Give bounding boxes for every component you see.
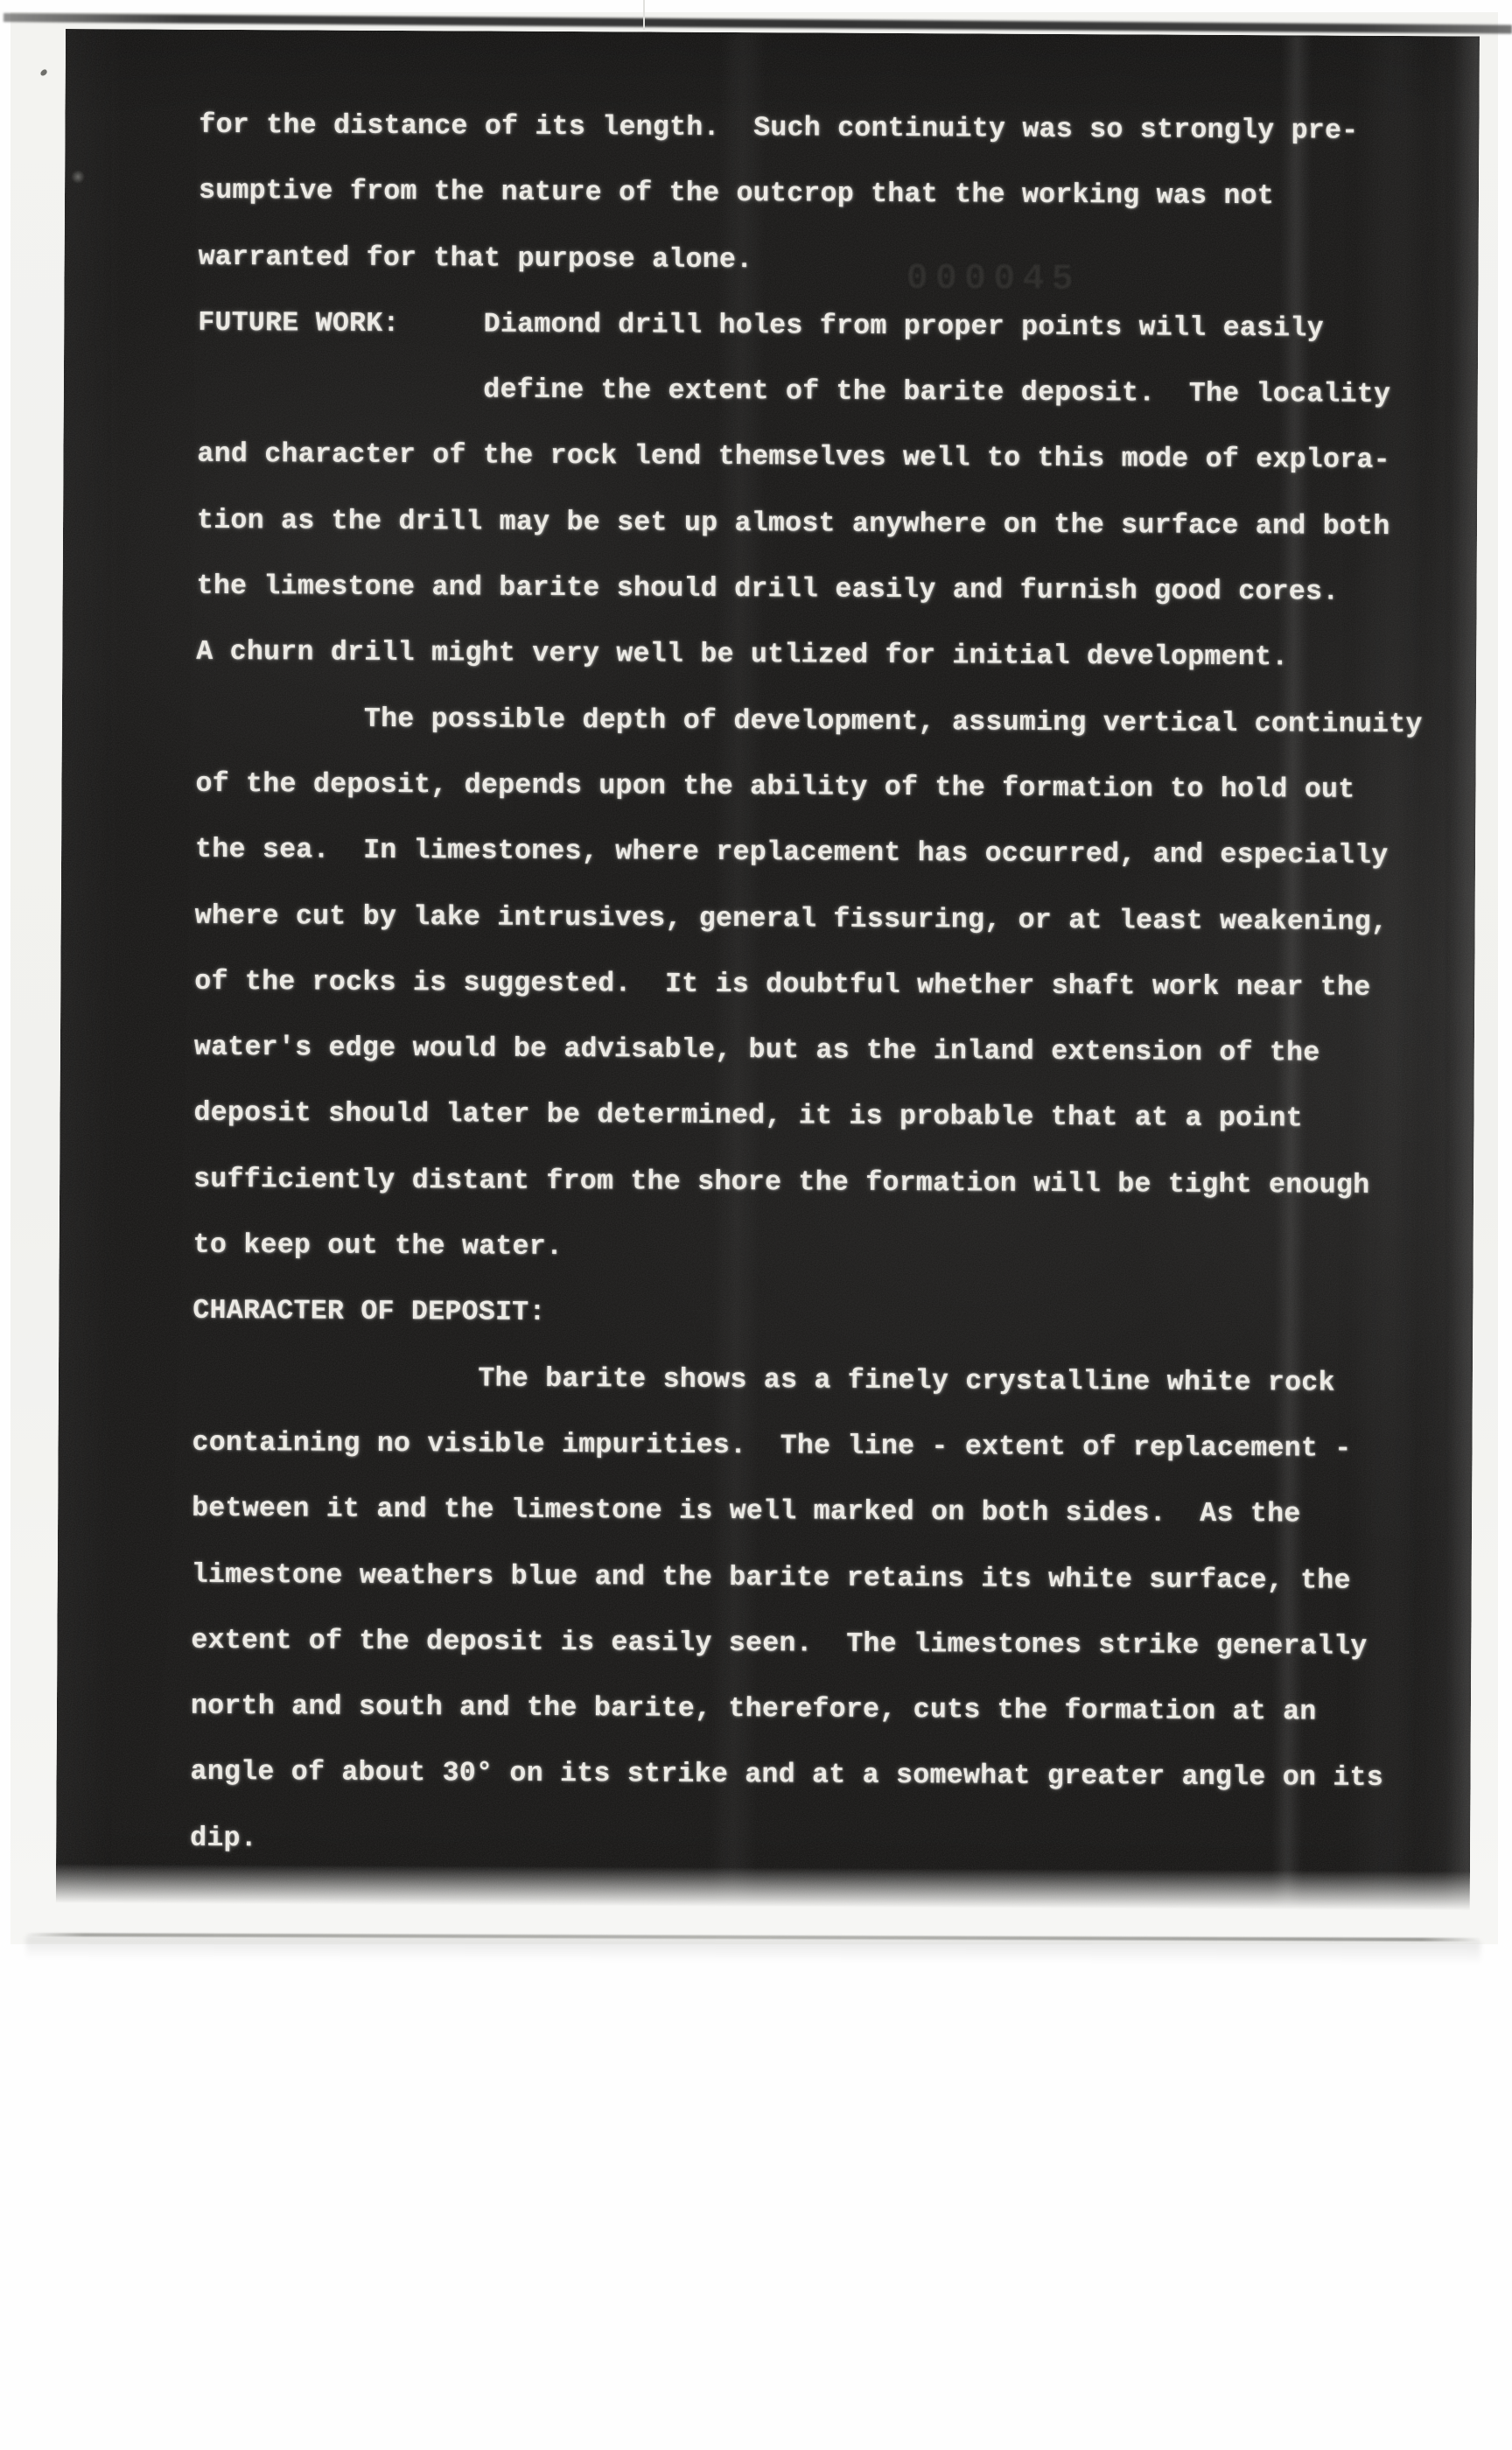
photostat-page: 000045 for the distance of its length. S… [56,29,1480,1910]
typed-line: between it and the limestone is well mar… [192,1476,1418,1549]
typed-line: A churn drill might very well be utlized… [196,619,1423,692]
typed-text-block: for the distance of its length. Such con… [190,93,1425,1878]
page-blemish [70,169,86,185]
scan-artifact-line [643,0,645,30]
typed-line: warranted for that purpose alone. [198,224,1424,297]
typed-line: the sea. In limestones, where replacemen… [195,817,1422,890]
typed-line: where cut by lake intrusives, general fi… [194,883,1421,955]
typed-line: The barite shows as a finely crystalline… [192,1344,1419,1417]
typed-line: and character of the rock lend themselve… [197,422,1424,494]
typed-line: The possible depth of development, assum… [196,685,1423,758]
typed-line: of the rocks is suggested. It is doubtfu… [194,949,1421,1022]
typed-line: sufficiently distant from the shore the … [193,1147,1420,1220]
typed-line: FUTURE WORK: Diamond drill holes from pr… [198,290,1424,363]
typed-line: angle of about 30° on its strike and at … [190,1739,1417,1812]
typed-line: dip. [190,1805,1417,1878]
typed-line: sumptive from the nature of the outcrop … [199,158,1425,231]
typed-line: to keep out the water. [193,1213,1420,1285]
typed-line: containing no visible impurities. The li… [192,1410,1418,1483]
typed-line: define the extent of the barite deposit.… [198,356,1424,429]
typed-line: the limestone and barite should drill ea… [196,554,1423,626]
typed-line: CHARACTER OF DEPOSIT: [192,1278,1419,1351]
typed-line: water's edge would be advisable, but as … [194,1015,1421,1088]
typed-line: of the deposit, depends upon the ability… [195,752,1422,824]
backing-sheet-shadow [26,1936,1480,1964]
typed-line: deposit should later be determined, it i… [193,1081,1420,1153]
typed-line: tion as the drill may be set up almost a… [197,488,1424,561]
typed-line: extent of the deposit is easily seen. Th… [191,1608,1417,1681]
typed-line: north and south and the barite, therefor… [191,1674,1417,1746]
typed-line: for the distance of its length. Such con… [199,93,1425,165]
typed-line: limestone weathers blue and the barite r… [192,1542,1418,1614]
